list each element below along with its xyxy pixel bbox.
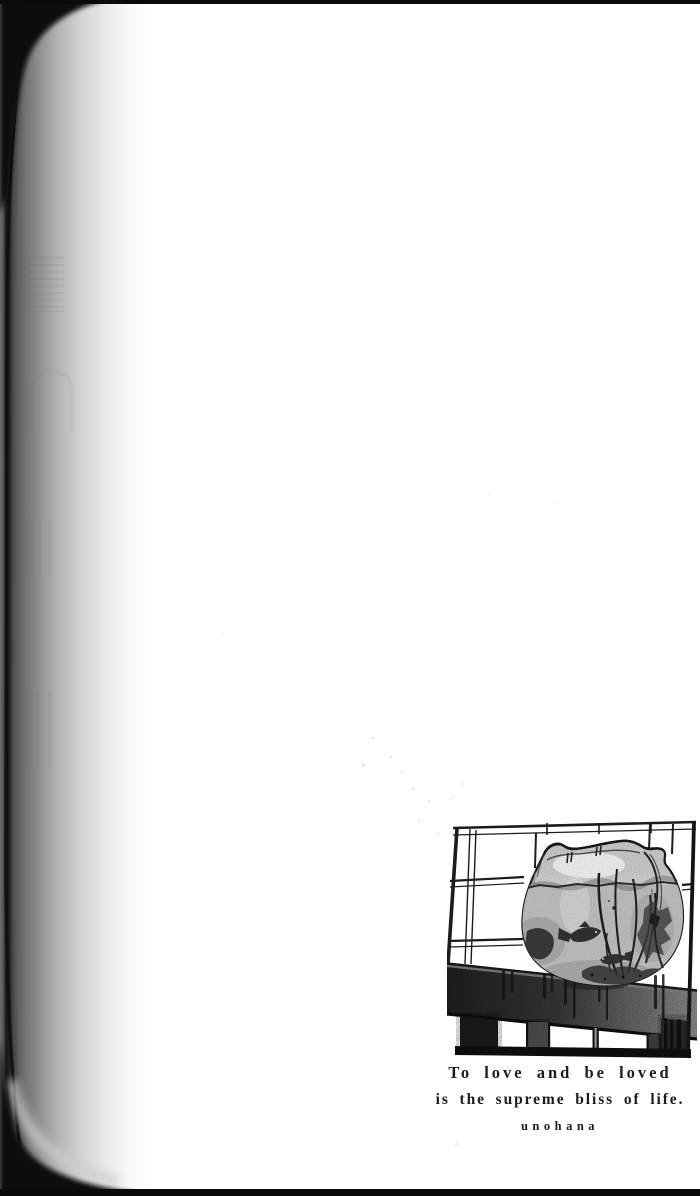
dust-speck (452, 796, 454, 798)
fishbowl-illustration (447, 813, 697, 1058)
gutter-shading (0, 0, 150, 1196)
dust-speck (428, 800, 430, 802)
dust-speck (412, 788, 414, 790)
dust-speck (362, 764, 365, 767)
dust-speck (418, 820, 420, 822)
dust-speck (488, 494, 490, 496)
bubble (608, 900, 610, 902)
fishbowl (513, 841, 687, 989)
caption-credit: unohana (414, 1119, 700, 1134)
dust-speck (437, 833, 439, 835)
scan-border-top (0, 0, 700, 4)
bubble (612, 906, 615, 909)
manga-page-scan: To love and be loved is the supreme blis… (0, 0, 700, 1196)
dust-speck (462, 783, 464, 785)
scan-border-bottom (0, 1189, 700, 1196)
book-gutter-shadow (0, 0, 150, 1196)
caption-line-1: To love and be loved (414, 1064, 700, 1082)
dust-speck (401, 771, 403, 773)
dust-speck (455, 1143, 458, 1146)
dust-speck (222, 632, 224, 634)
dust-speck (372, 737, 374, 739)
caption: To love and be loved is the supreme blis… (414, 1064, 700, 1134)
dust-speck (556, 502, 558, 504)
caption-line-2: is the supreme bliss of life. (414, 1091, 700, 1108)
dust-speck (390, 756, 392, 758)
